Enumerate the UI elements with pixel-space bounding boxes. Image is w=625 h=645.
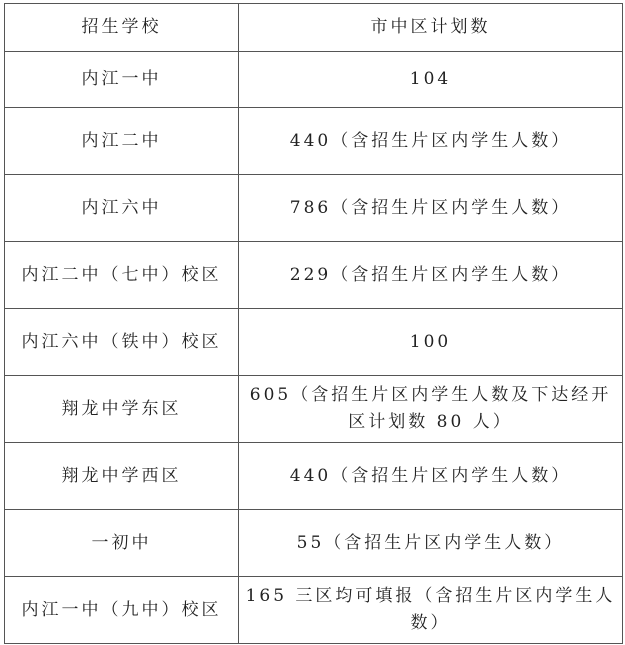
table-row: 内江一中 104 (5, 52, 623, 108)
table-row: 一初中 55（含招生片区内学生人数） (5, 510, 623, 577)
school-cell: 内江一中 (5, 52, 239, 108)
table-row: 翔龙中学东区 605（含招生片区内学生人数及下达经开区计划数 80 人） (5, 376, 623, 443)
plan-cell: 440（含招生片区内学生人数） (239, 443, 623, 510)
plan-cell: 440（含招生片区内学生人数） (239, 108, 623, 175)
school-cell: 翔龙中学东区 (5, 376, 239, 443)
header-school: 招生学校 (5, 4, 239, 52)
enrollment-plan-table: 招生学校 市中区计划数 内江一中 104 内江二中 440（含招生片区内学生人数… (4, 3, 623, 644)
plan-cell: 786（含招生片区内学生人数） (239, 175, 623, 242)
plan-cell: 55（含招生片区内学生人数） (239, 510, 623, 577)
school-cell: 一初中 (5, 510, 239, 577)
table-row: 内江二中（七中）校区 229（含招生片区内学生人数） (5, 242, 623, 309)
table-row: 内江一中（九中）校区 165 三区均可填报（含招生片区内学生人数） (5, 577, 623, 644)
plan-cell: 605（含招生片区内学生人数及下达经开区计划数 80 人） (239, 376, 623, 443)
plan-cell: 229（含招生片区内学生人数） (239, 242, 623, 309)
table-row: 翔龙中学西区 440（含招生片区内学生人数） (5, 443, 623, 510)
table-row: 内江二中 440（含招生片区内学生人数） (5, 108, 623, 175)
school-cell: 内江二中（七中）校区 (5, 242, 239, 309)
school-cell: 内江六中（铁中）校区 (5, 309, 239, 376)
plan-cell: 100 (239, 309, 623, 376)
school-cell: 内江二中 (5, 108, 239, 175)
plan-cell: 104 (239, 52, 623, 108)
plan-cell: 165 三区均可填报（含招生片区内学生人数） (239, 577, 623, 644)
school-cell: 内江六中 (5, 175, 239, 242)
table-header-row: 招生学校 市中区计划数 (5, 4, 623, 52)
school-cell: 翔龙中学西区 (5, 443, 239, 510)
table-row: 内江六中（铁中）校区 100 (5, 309, 623, 376)
school-cell: 内江一中（九中）校区 (5, 577, 239, 644)
table-row: 内江六中 786（含招生片区内学生人数） (5, 175, 623, 242)
header-plan: 市中区计划数 (239, 4, 623, 52)
